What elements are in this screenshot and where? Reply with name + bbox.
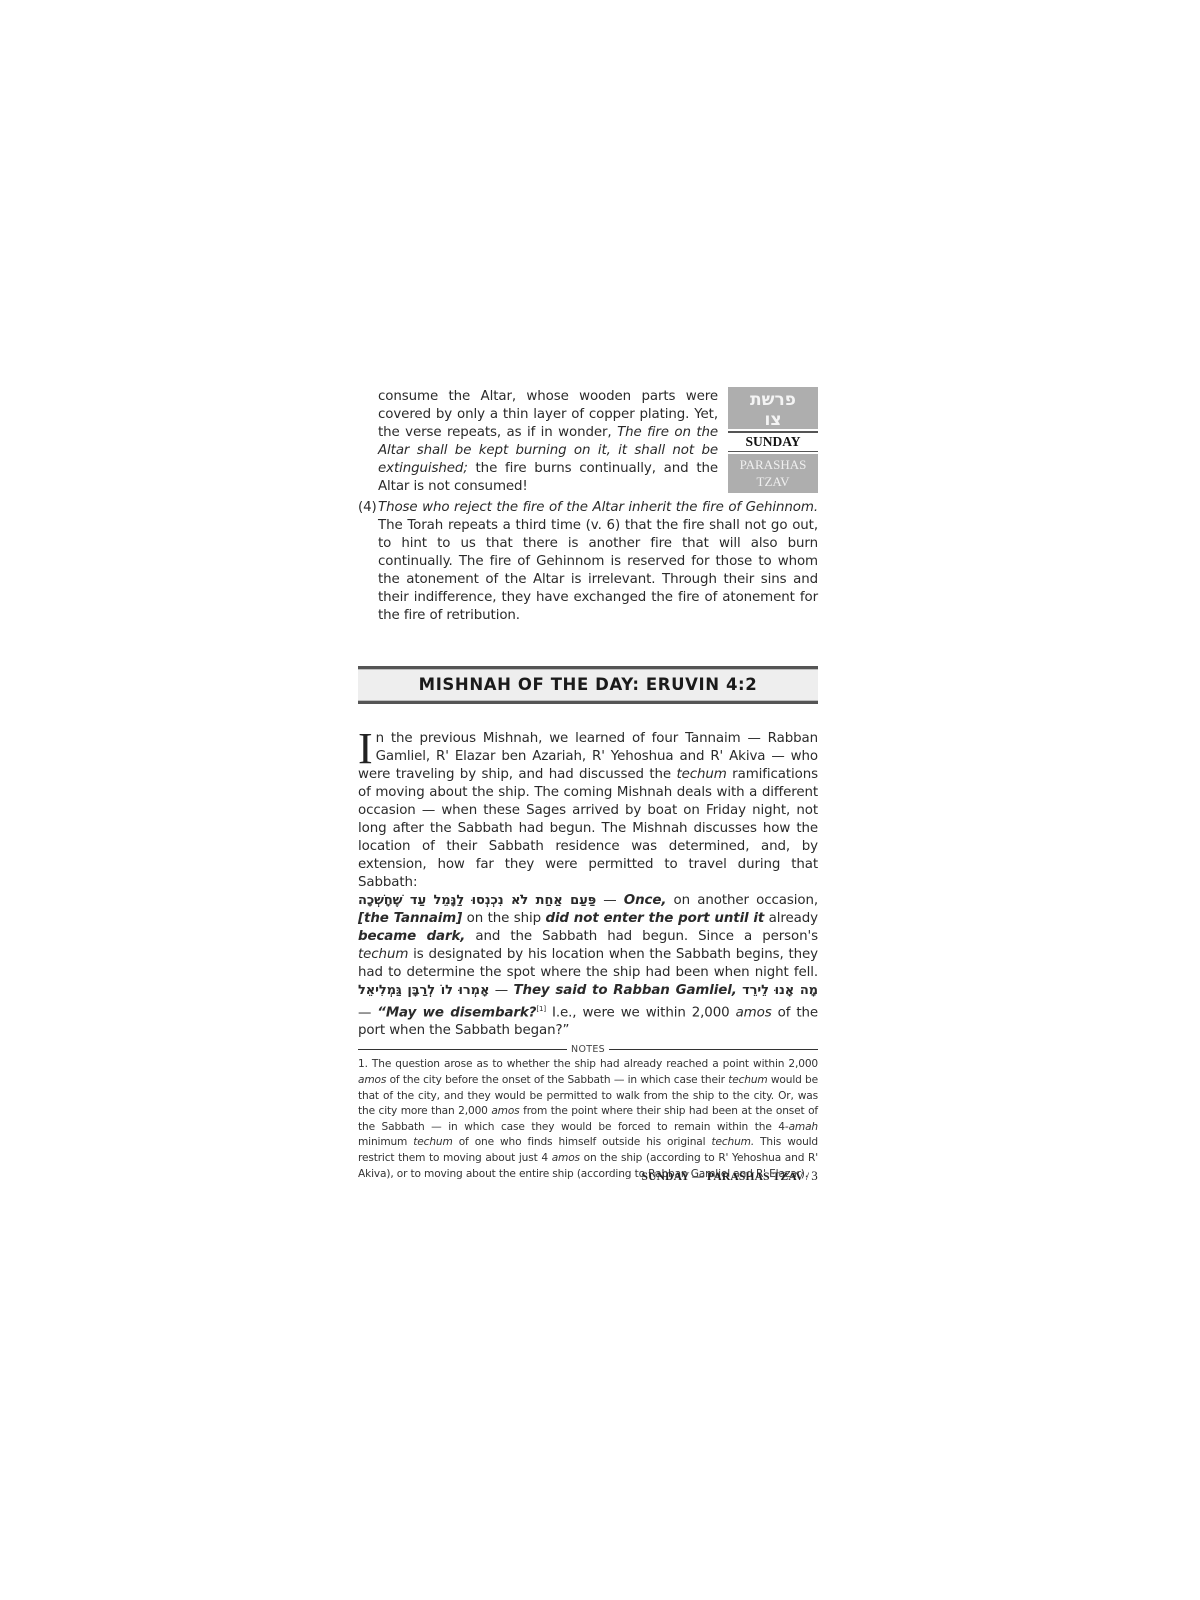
top-paragraph: consume the Altar, whose wooden parts we… [378, 388, 718, 496]
dash: — [489, 983, 513, 998]
header-rule-bottom [358, 701, 818, 704]
translation: [the Tannaim] [358, 911, 462, 926]
term: techum [728, 1074, 767, 1086]
notes-divider: NOTES [358, 1043, 818, 1055]
intro-text: ramifications of moving about the ship. … [358, 767, 818, 890]
text: already [764, 911, 818, 926]
hebrew-parasha-title: פרשת צו [728, 387, 818, 429]
page-footer: SUNDAY — PARASHAS TZAV/3 [642, 1168, 818, 1184]
translation: They said to Rabban Gamliel, [513, 983, 736, 998]
notes-label: NOTES [567, 1044, 609, 1055]
point-body: Those who reject the fire of the Altar i… [358, 499, 818, 625]
dash: — [596, 893, 624, 908]
translation: did not enter the port until it [545, 911, 764, 926]
page-number: 3 [811, 1168, 818, 1183]
hebrew-quote: פַּעַם אַחַת לֹא נִכְנְסוּ לַנָּמֵל עַד … [358, 893, 596, 908]
book-page: consume the Altar, whose wooden parts we… [358, 388, 818, 1182]
point-4: (4) Those who reject the fire of the Alt… [358, 499, 818, 625]
top-block: consume the Altar, whose wooden parts we… [358, 388, 818, 496]
translation: Once, [624, 893, 667, 908]
hebrew-quote: מָה אָנוּ לֵירֵד [742, 983, 818, 998]
footnote-reference[interactable]: [1] [536, 1005, 546, 1013]
term: amos [552, 1152, 580, 1164]
note-text: of one who finds himself outside his ori… [453, 1136, 712, 1148]
parasha-side-tab: פרשת צו SUNDAY PARASHAS TZAV [728, 387, 818, 493]
translation: “May we disembark? [377, 1005, 536, 1020]
section-title: MISHNAH OF THE DAY: ERUVIN 4:2 [358, 669, 818, 701]
note-text: 1. The question arose as to whether the … [358, 1058, 818, 1070]
text: on another occasion, [666, 893, 818, 908]
term-amos: amos [736, 1005, 772, 1020]
mishnah-text: פַּעַם אַחַת לֹא נִכְנְסוּ לַנָּמֵל עַד … [358, 892, 818, 1040]
rule-left [358, 1049, 567, 1050]
note-text: of the city before the onset of the Sabb… [386, 1074, 728, 1086]
hebrew-quote: אָמְרוּ לוֹ לְרַבָּן גַּמְלִיאֵל [358, 983, 489, 998]
term-techum: techum [358, 947, 408, 962]
day-label: SUNDAY [728, 433, 818, 451]
point-text: The Torah repeats a third time (v. 6) th… [378, 518, 818, 623]
term: techum. [711, 1136, 754, 1148]
divider [728, 451, 818, 452]
footnote-1: 1. The question arose as to whether the … [358, 1057, 818, 1182]
term: amos [358, 1074, 386, 1086]
running-head: SUNDAY — PARASHAS TZAV [642, 1171, 804, 1183]
drop-cap: I [358, 732, 373, 766]
mishnah-intro: In the previous Mishnah, we learned of f… [358, 730, 818, 892]
rule-right [609, 1049, 818, 1050]
term: amah [789, 1121, 818, 1133]
parasha-line-2: TZAV [728, 473, 818, 490]
parasha-label: PARASHAS TZAV [728, 454, 818, 493]
point-heading: Those who reject the fire of the Altar i… [378, 500, 818, 515]
section-header: MISHNAH OF THE DAY: ERUVIN 4:2 [358, 666, 818, 704]
point-number: (4) [358, 499, 377, 517]
hebrew-line-2: צו [728, 410, 818, 430]
term: techum [413, 1136, 452, 1148]
text: and the Sabbath had begun. Since a perso… [465, 929, 818, 944]
term-techum: techum [676, 767, 726, 782]
translation: became dark, [358, 929, 465, 944]
hebrew-line-1: פרשת [728, 390, 818, 410]
mishnah-body: In the previous Mishnah, we learned of f… [358, 730, 818, 1040]
dash: — [358, 1005, 377, 1020]
parasha-line-1: PARASHAS [728, 456, 818, 473]
text: on the ship [462, 911, 545, 926]
text: I.e., were we within 2,000 [546, 1005, 736, 1020]
term: amos [491, 1105, 519, 1117]
text: is designated by his location when the S… [358, 947, 818, 980]
note-text: minimum [358, 1136, 413, 1148]
